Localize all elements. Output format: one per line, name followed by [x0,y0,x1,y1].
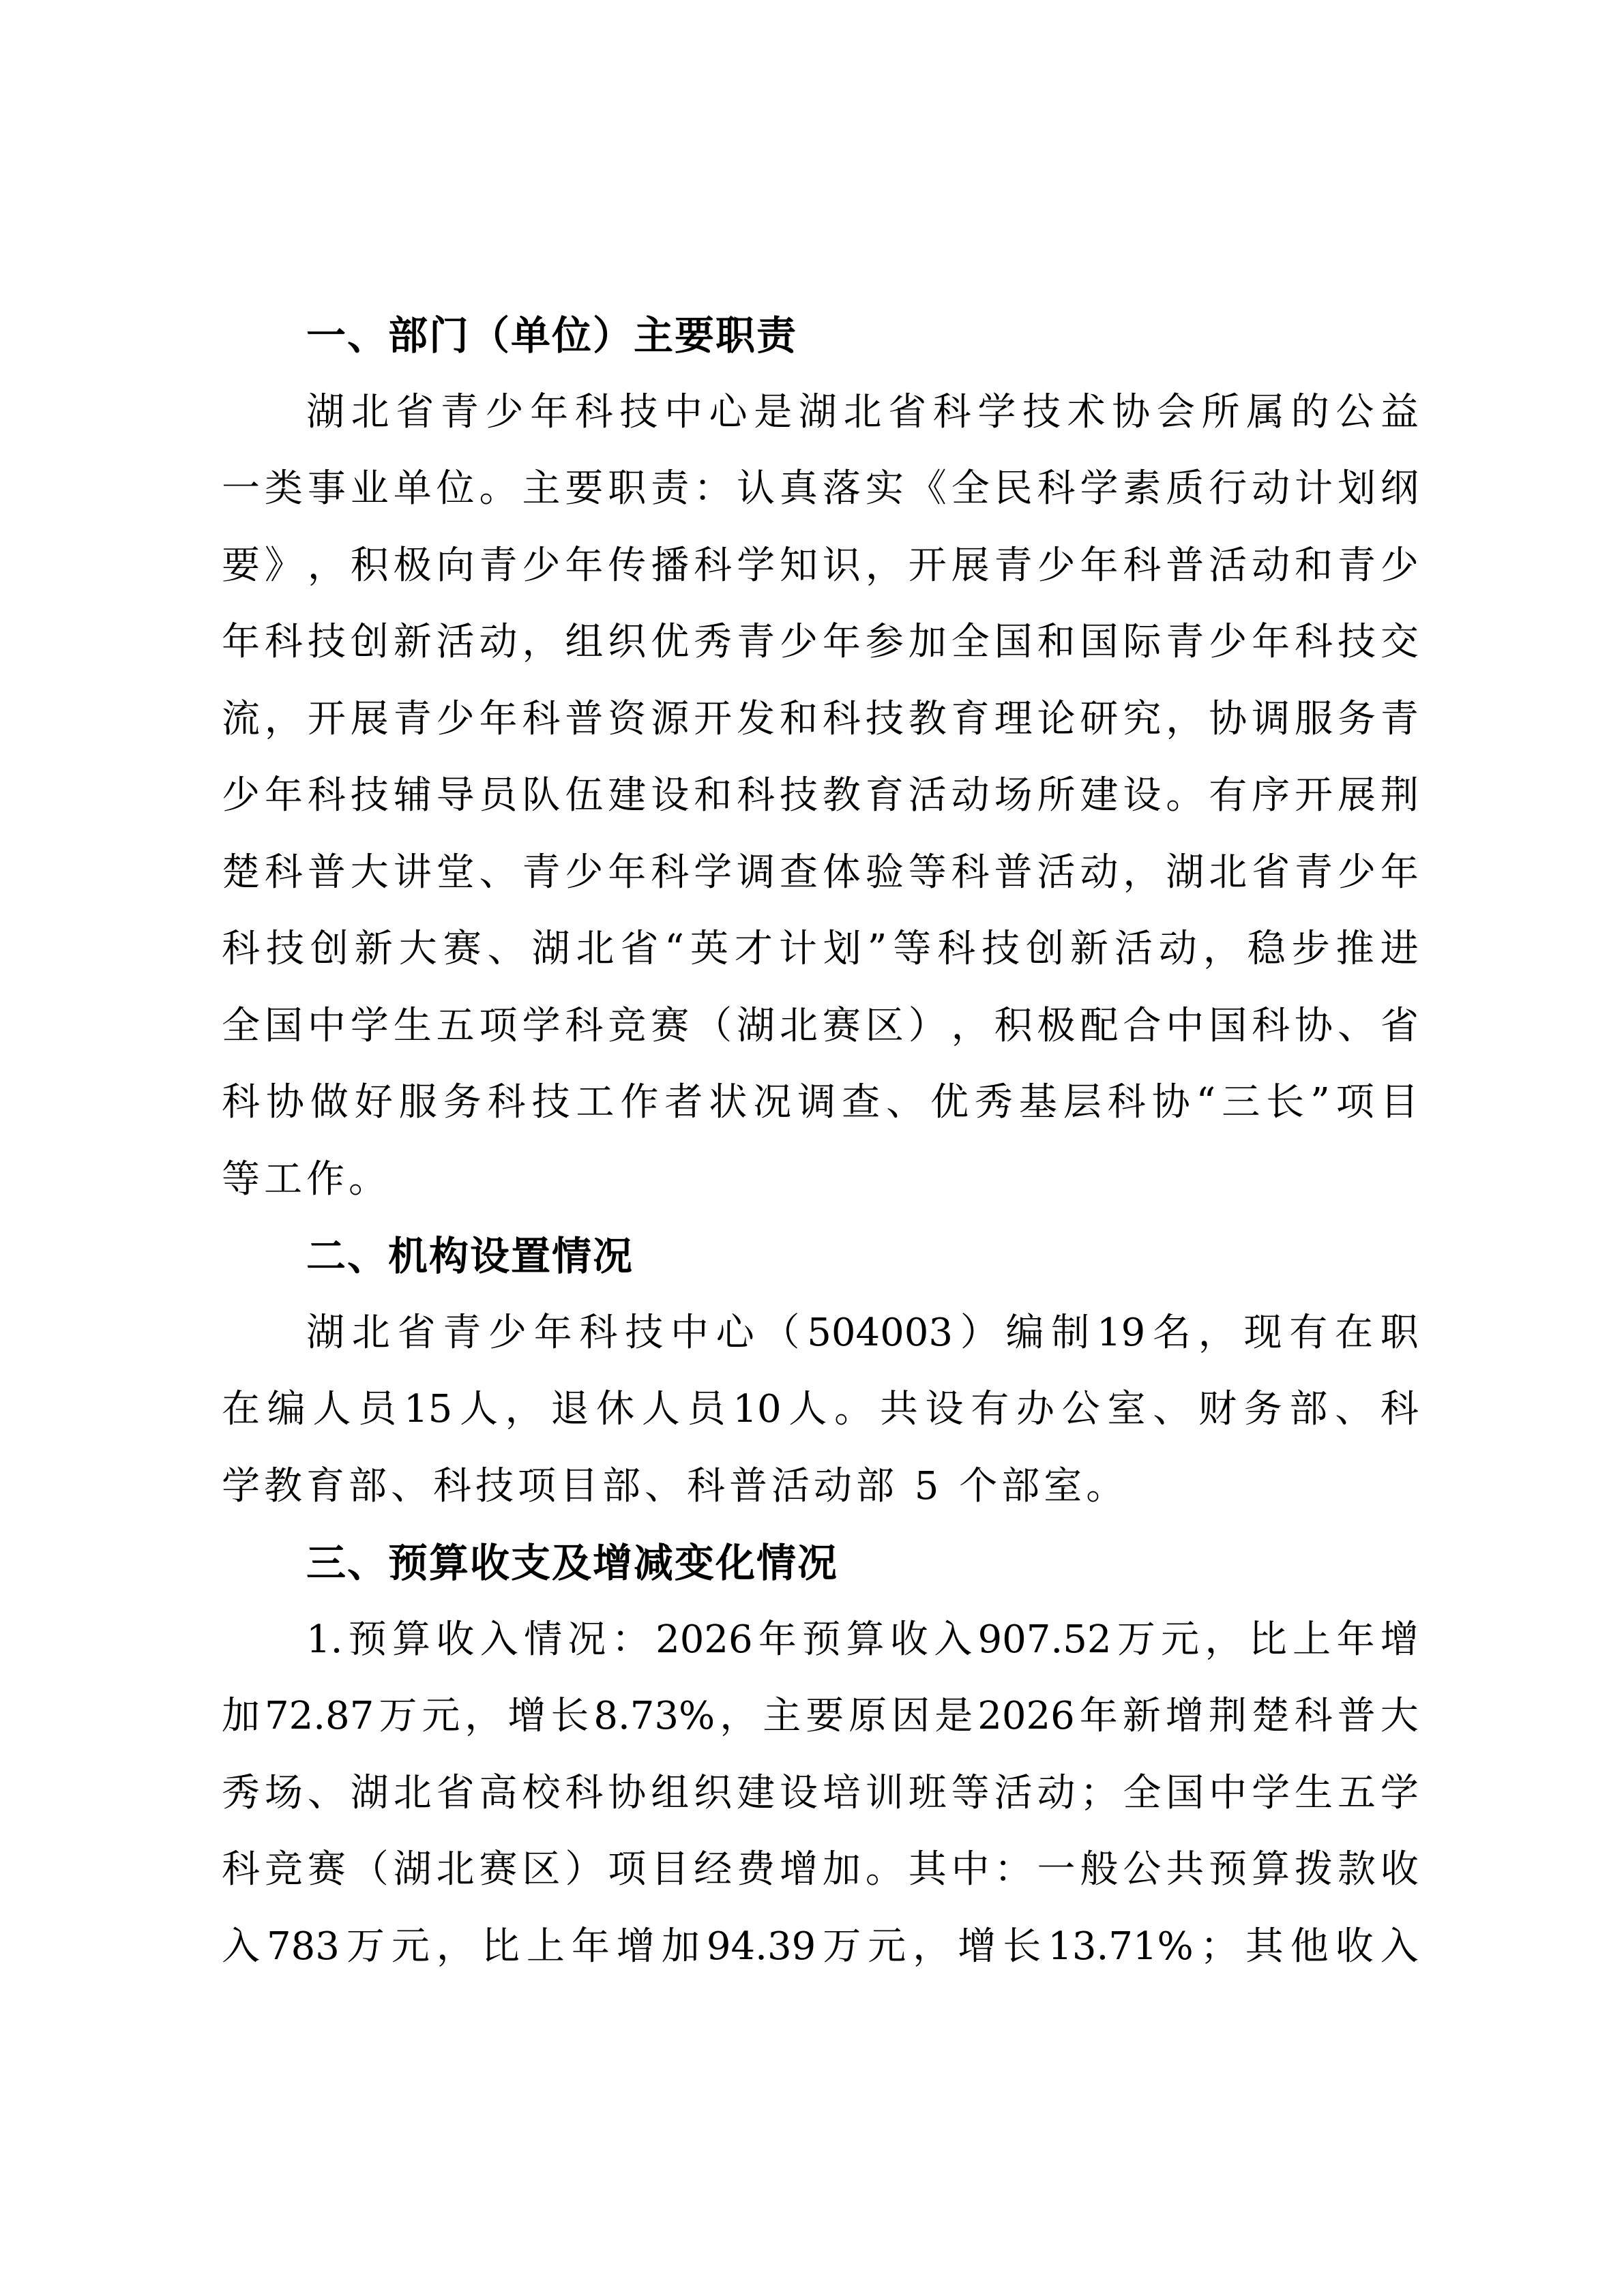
paragraph-line: 湖北省青少年科技中心（504003）编制19名，现有在职 [222,1295,1419,1372]
paragraph-line: 湖北省青少年科技中心是湖北省科学技术协会所属的公益 [222,374,1419,451]
paragraph-line: 流，开展青少年科普资源开发和科技教育理论研究，协调服务青 [222,681,1419,758]
paragraph-line: 加72.87万元，增长8.73%，主要原因是2026年新增荆楚科普大 [222,1678,1419,1755]
document-page: 一、部门（单位）主要职责 湖北省青少年科技中心是湖北省科学技术协会所属的公益 一… [222,297,1419,1985]
paragraph-line: 1.预算收入情况：2026年预算收入907.52万元，比上年增 [222,1602,1419,1679]
paragraph-line: 要》，积极向青少年传播科学知识，开展青少年科普活动和青少 [222,528,1419,605]
paragraph-line: 一类事业单位。主要职责：认真落实《全民科学素质行动计划纲 [222,451,1419,528]
paragraph-line: 科协做好服务科技工作者状况调查、优秀基层科协“三长”项目 [222,1064,1419,1142]
paragraph-line: 秀场、湖北省高校科协组织建设培训班等活动；全国中学生五学 [222,1755,1419,1832]
paragraph-line: 楚科普大讲堂、青少年科学调查体验等科普活动，湖北省青少年 [222,835,1419,912]
paragraph-line: 年科技创新活动，组织优秀青少年参加全国和国际青少年科技交 [222,604,1419,681]
paragraph-line: 科技创新大赛、湖北省“英才计划”等科技创新活动，稳步推进 [222,911,1419,988]
paragraph-line: 入783万元，比上年增加94.39万元，增长13.71%；其他收入 [222,1909,1419,1986]
paragraph-line: 在编人员15人，退休人员10人。共设有办公室、财务部、科 [222,1371,1419,1448]
paragraph-line: 少年科技辅导员队伍建设和科技教育活动场所建设。有序开展荆 [222,758,1419,835]
section-heading-budget: 三、预算收支及增减变化情况 [222,1525,1419,1602]
paragraph-line: 学教育部、科技项目部、科普活动部 5 个部室。 [222,1448,1419,1525]
section-heading-duties: 一、部门（单位）主要职责 [222,297,1419,374]
paragraph-line: 科竞赛（湖北赛区）项目经费增加。其中：一般公共预算拨款收 [222,1832,1419,1909]
section-heading-organization: 二、机构设置情况 [222,1218,1419,1295]
paragraph-line: 全国中学生五项学科竞赛（湖北赛区），积极配合中国科协、省 [222,988,1419,1065]
paragraph-line: 等工作。 [222,1142,1419,1219]
